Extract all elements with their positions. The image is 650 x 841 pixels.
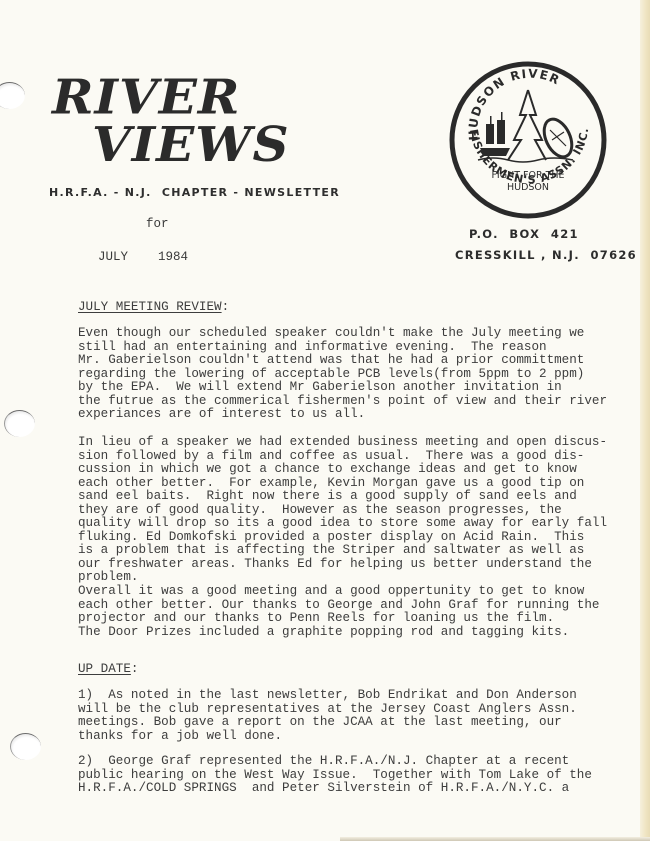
issue-month: JULY xyxy=(98,250,128,264)
newsletter-subtitle: H.R.F.A. - N.J. CHAPTER - NEWSLETTER xyxy=(49,186,340,199)
paragraph: In lieu of a speaker we had extended bus… xyxy=(78,436,638,585)
paragraph: Overall it was a good meeting and a good… xyxy=(78,585,638,639)
punch-hole xyxy=(4,410,35,437)
issue-date: JULY 1984 xyxy=(98,250,188,264)
title-line-2: VIEWS xyxy=(92,122,290,168)
paragraph: Even though our scheduled speaker couldn… xyxy=(78,327,638,422)
issue-year: 1984 xyxy=(158,250,188,264)
newsletter-title: RIVER VIEWS xyxy=(52,74,290,167)
hrfa-logo-seal: HUDSON RIVER FISHERMEN'S ASSN. INC. FIGH… xyxy=(448,60,608,220)
paper-bottom-edge xyxy=(340,837,650,841)
section-heading-update: UP DATE: xyxy=(78,662,138,676)
po-box: P.O. BOX 421 xyxy=(469,227,579,241)
tree-icon xyxy=(508,90,546,160)
city-state-zip: CRESSKILL , N.J. 07626 xyxy=(455,245,637,266)
mailing-address: P.O. BOX 421 CRESSKILL , N.J. 07626 xyxy=(469,224,637,266)
logo-center-line-2: HUDSON xyxy=(507,182,549,193)
for-label: for xyxy=(146,217,169,231)
ship-icon xyxy=(480,112,510,156)
paper-edge xyxy=(640,0,650,841)
punch-hole xyxy=(10,733,41,760)
section-heading-july-meeting-review: JULY MEETING REVIEW: xyxy=(78,300,229,314)
paragraph: 1) As noted in the last newsletter, Bob … xyxy=(78,689,638,743)
paragraph: 2) George Graf represented the H.R.F.A./… xyxy=(78,755,638,796)
logo-center-line-1: FIGHT FOR THE xyxy=(491,170,564,181)
punch-hole xyxy=(0,82,25,109)
